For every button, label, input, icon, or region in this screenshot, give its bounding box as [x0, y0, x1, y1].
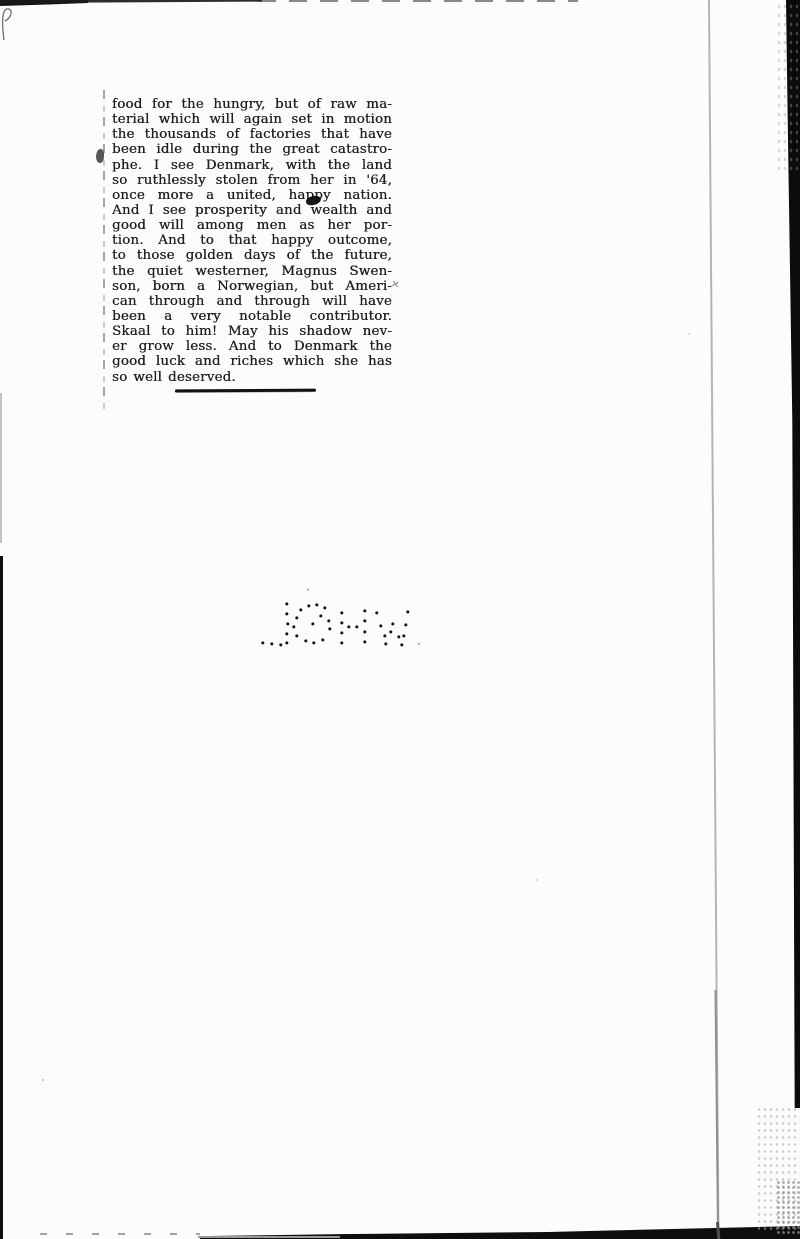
perforation-dot [285, 632, 288, 635]
scan-noise-top-right [776, 2, 798, 170]
perforation-dot [312, 641, 315, 644]
clipping-line: good will among men as her por- [112, 218, 392, 233]
perforation-dot [375, 611, 378, 614]
perforation-dot [285, 641, 288, 644]
scan-edge-bottom-dashes [40, 1233, 200, 1235]
perforation-dot [307, 589, 309, 591]
scanned-page: food for the hungry, but of raw ma-teria… [0, 0, 800, 1239]
clipping-line: the quiet westerner, Magnus Swen- [112, 264, 392, 279]
perforation-dot [340, 631, 343, 634]
perforation-dot [261, 641, 264, 644]
perforation-dot [347, 625, 350, 628]
scan-edge-left-black [0, 556, 3, 1239]
perforation-dot [363, 630, 366, 633]
clipping-line: so well deserved. [112, 370, 392, 385]
clipping-line: er grow less. And to Denmark the [112, 339, 392, 354]
perforation-dot [406, 610, 409, 613]
margin-x-mark: × [390, 278, 400, 291]
perforation-dot [363, 619, 366, 622]
scan-edge-top-dashes [258, 0, 578, 2]
paper-speck [536, 879, 538, 881]
perforation-dot [418, 643, 420, 645]
perforation-dot [384, 642, 387, 645]
perforation-dot [340, 611, 343, 614]
perforation-dot [319, 614, 322, 617]
clipping-line: the thousands of factories that have [112, 127, 392, 142]
clipping-line: food for the hungry, but of raw ma- [112, 97, 392, 112]
perforation-dot [321, 638, 324, 641]
perforation-dot [270, 642, 273, 645]
corner-pen-mark [0, 0, 24, 48]
clipping-cut-line [103, 90, 105, 412]
perforation-dot [292, 625, 295, 628]
clipping-line: been a very notable contributor. [112, 309, 392, 324]
perforation-dot [404, 623, 407, 626]
clipping-line: phe. I see Denmark, with the land [112, 158, 392, 173]
perforation-dot [400, 643, 403, 646]
perforation-dot [295, 616, 298, 619]
perforation-dot [327, 619, 330, 622]
perforation-dot [295, 634, 298, 637]
scan-edge-left-gray [0, 393, 2, 543]
clipping-line: son, born a Norwegian, but Ameri- [112, 279, 392, 294]
clipping-line: so ruthlessly stolen from her in '64, [112, 173, 392, 188]
perforation-dot [311, 622, 314, 625]
perforation-dot [389, 630, 392, 633]
perforation-dot [304, 639, 307, 642]
paper-speck [42, 1079, 44, 1081]
perforation-dot [363, 640, 366, 643]
perforation-dot [340, 641, 343, 644]
clipping-line: to those golden days of the future, [112, 248, 392, 263]
scan-noise-bottom-right-dense [776, 1180, 800, 1234]
perforation-dot [391, 622, 394, 625]
scan-edge-bottom-gray-line [198, 1236, 340, 1238]
clipping-line: good luck and riches which she has [112, 354, 392, 369]
paper-speck [688, 333, 690, 335]
scan-edge-top-thin [0, 0, 262, 3]
perforation-dot [279, 643, 282, 646]
clipping-text: food for the hungry, but of raw ma-teria… [112, 97, 392, 385]
divider-rule [175, 389, 316, 393]
perforation-dot [379, 624, 382, 627]
clipping-cut-blob [96, 149, 104, 163]
perforation-dot [383, 634, 386, 637]
clipping-line: can through and through will have [112, 294, 392, 309]
clipping-line: terial which will again set in motion [112, 112, 392, 127]
perforation-dot [397, 635, 400, 638]
perforation-dot [285, 612, 288, 615]
perforation-dot [299, 608, 302, 611]
clipping-line: tion. And to that happy outcome, [112, 233, 392, 248]
clipping-line: once more a united, happy nation. [112, 188, 392, 203]
perforation-dot [323, 606, 326, 609]
perforation-dot [315, 603, 318, 606]
perforation-dot [328, 627, 331, 630]
perforation-dot [402, 634, 405, 637]
perforation-dot [286, 622, 289, 625]
clipping-line: been idle during the great catastro- [112, 142, 392, 157]
perforation-dot [363, 609, 366, 612]
perforation-dot [355, 625, 358, 628]
perforation-dot [307, 604, 310, 607]
perforation-dot [340, 621, 343, 624]
perforation-dot [285, 602, 288, 605]
clipping-line: And I see prosperity and wealth and [112, 203, 392, 218]
clipping-line: Skaal to him! May his shadow nev- [112, 324, 392, 339]
